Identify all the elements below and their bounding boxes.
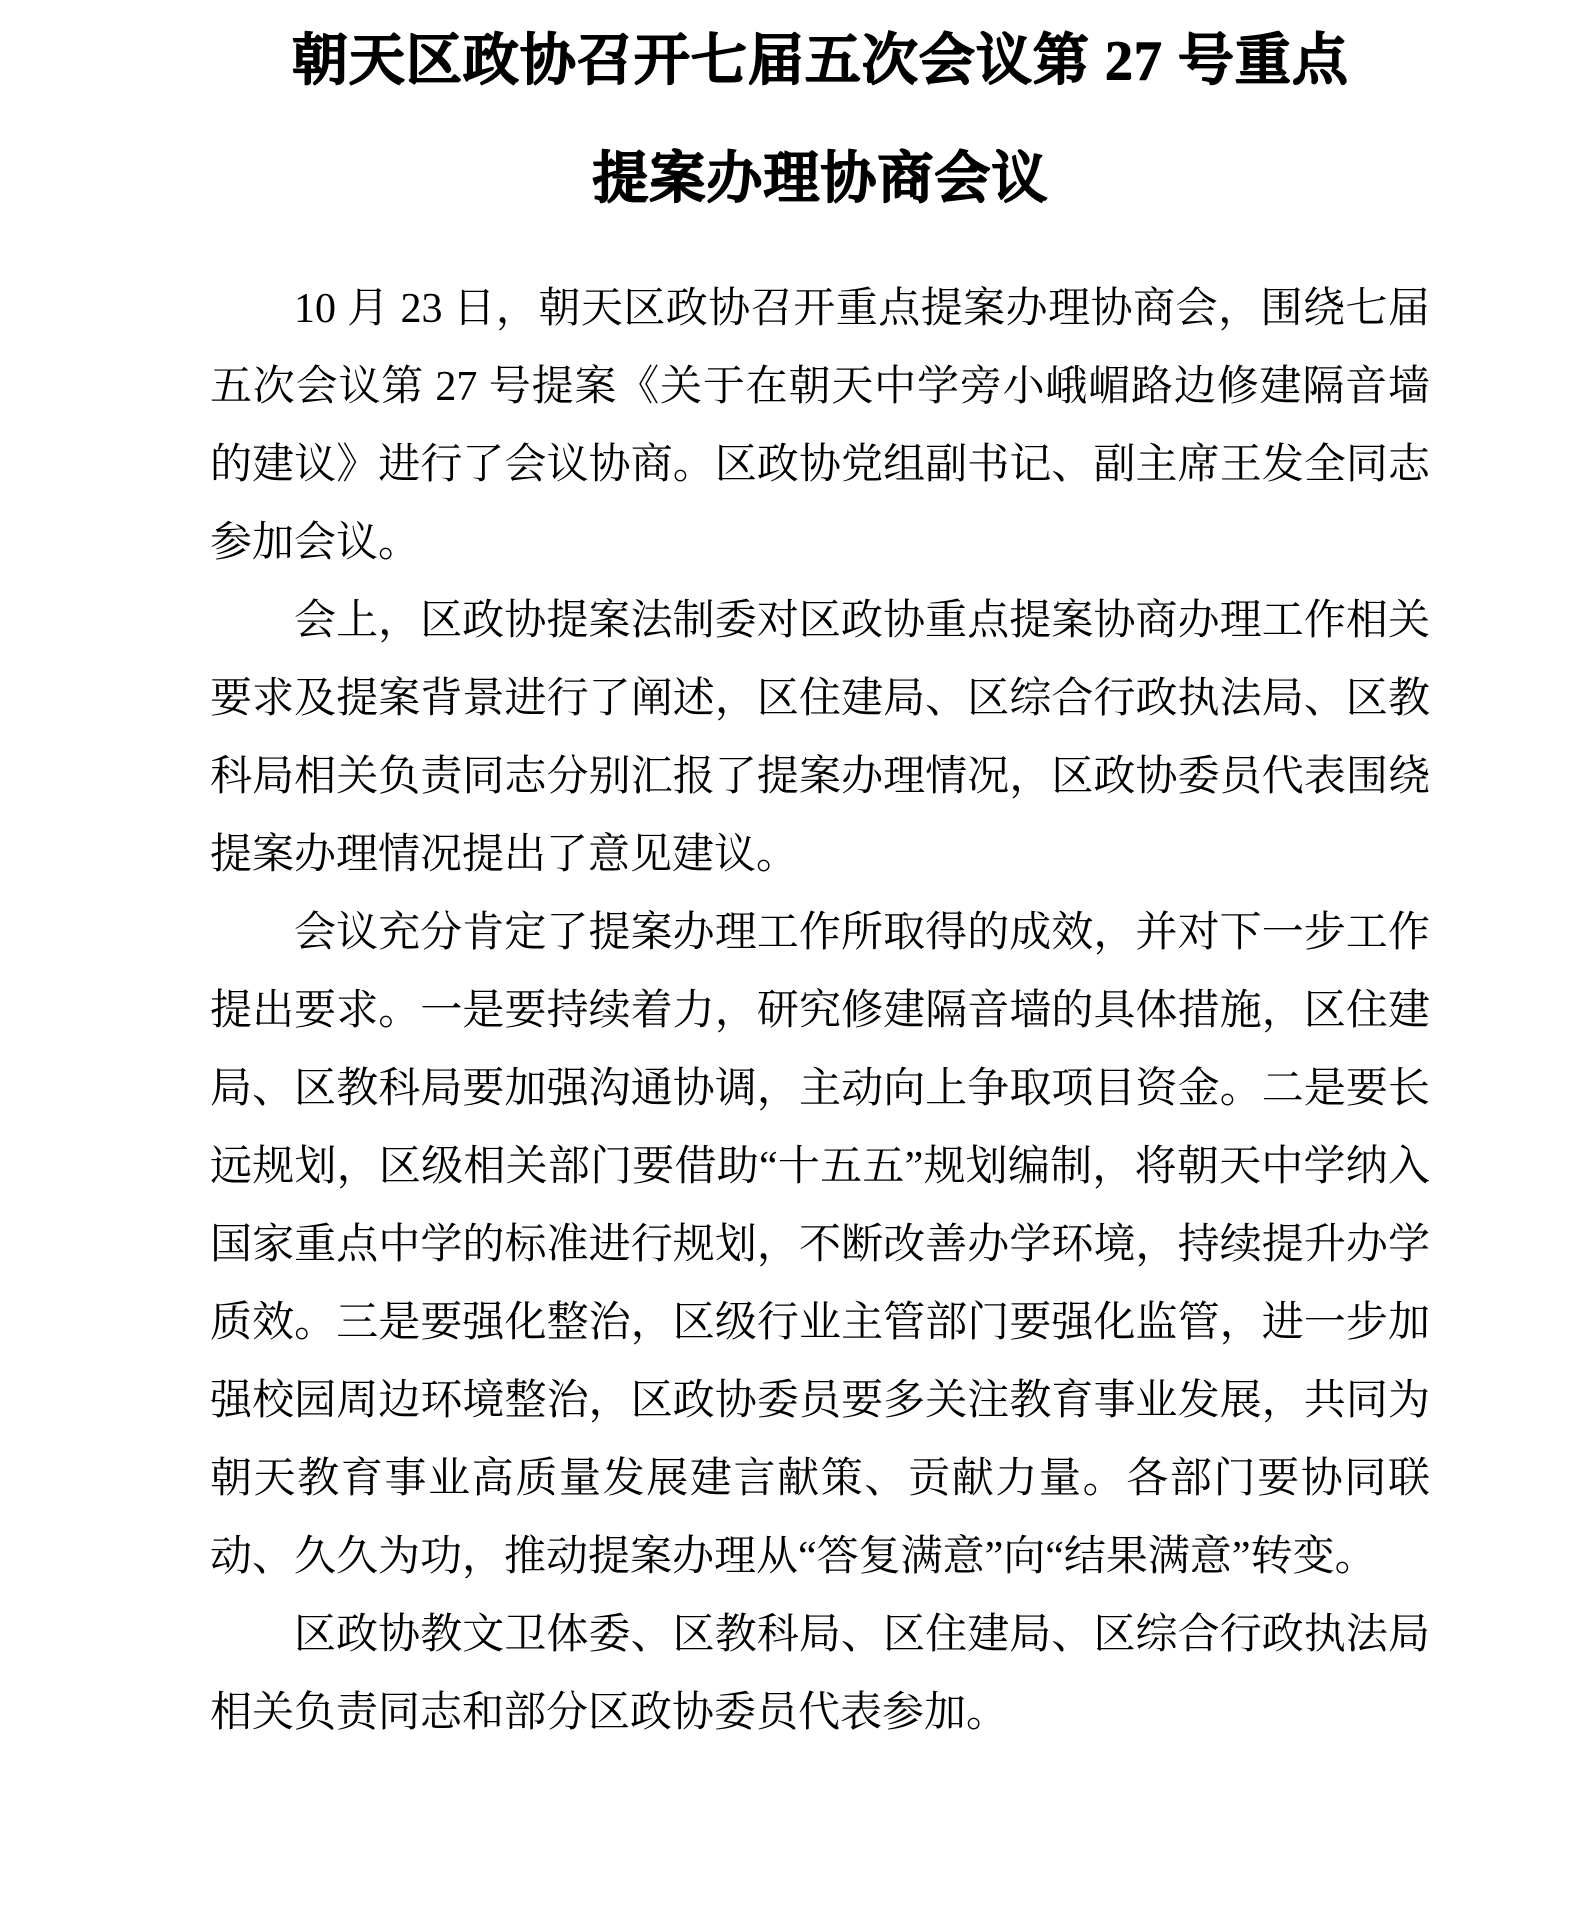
paragraph-attendees: 区政协教文卫体委、区教科局、区住建局、区综合行政执法局相关负责同志和部分区政协委…	[210, 1596, 1430, 1752]
document-page: 朝天区政协召开七届五次会议第 27 号重点 提案办理协商会议 10 月 23 日…	[0, 0, 1587, 1915]
document-title: 朝天区政协召开七届五次会议第 27 号重点 提案办理协商会议	[210, 0, 1430, 238]
document-title-line-2: 提案办理协商会议	[592, 148, 1048, 210]
document-body: 10 月 23 日，朝天区政协召开重点提案办理协商会，围绕七届五次会议第 27 …	[210, 270, 1430, 1752]
document-title-line-1: 朝天区政协召开七届五次会议第 27 号重点	[292, 30, 1349, 92]
paragraph-briefings: 会上，区政协提案法制委对区政协重点提案协商办理工作相关要求及提案背景进行了阐述，…	[210, 582, 1430, 894]
paragraph-requirements: 会议充分肯定了提案办理工作所取得的成效，并对下一步工作提出要求。一是要持续着力，…	[210, 894, 1430, 1596]
paragraph-meeting-intro: 10 月 23 日，朝天区政协召开重点提案办理协商会，围绕七届五次会议第 27 …	[210, 270, 1430, 582]
